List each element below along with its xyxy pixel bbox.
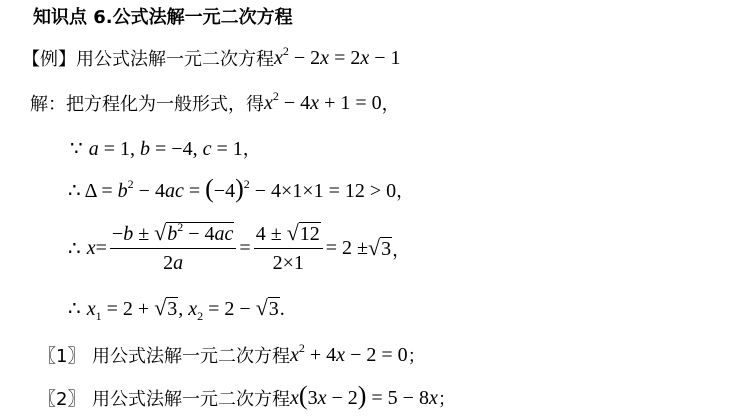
exercise-equation: x(3x − 2) = 5 − 8x	[290, 386, 438, 410]
because-symbol: ∵	[70, 138, 83, 160]
exercise-number: 〖2〗	[38, 385, 92, 411]
section-title: 知识点 6.公式法解一元二次方程	[33, 3, 293, 29]
punctuation: ，	[243, 135, 261, 161]
punctuation: ，	[392, 236, 410, 262]
solution-intro: 解：把方程化为一般形式，得	[30, 90, 264, 116]
exercise-2: 〖2〗 用公式法解一元二次方程 x(3x − 2) = 5 − 8x ；	[38, 385, 456, 411]
punctuation: ，	[382, 90, 400, 116]
example-line: 【例】用公式法解一元二次方程 x2 − 2x = 2x − 1	[22, 45, 401, 71]
example-equation: x2 − 2x = 2x − 1	[274, 47, 401, 70]
therefore-symbol: ∴	[68, 236, 81, 261]
exercise-1: 〖1〗 用公式法解一元二次方程 x2 + 4x − 2 = 0 ；	[38, 342, 426, 368]
roots: ∴x1 = 2 + √3, x2 = 2 − √3.	[68, 296, 285, 321]
therefore-symbol: ∴	[68, 180, 81, 202]
substituted-fraction: 4 ± √12 2×1	[254, 222, 323, 275]
formula-line: ∴ x = −b ± √b2 − 4ac 2a = 4 ± √12 2×1 = …	[68, 222, 410, 275]
formula-fraction: −b ± √b2 − 4ac 2a	[110, 222, 237, 275]
quadratic-formula: ∴ x = −b ± √b2 − 4ac 2a = 4 ± √12 2×1 = …	[68, 222, 392, 275]
coefficients-line: ∵a = 1, b = −4, c = 1 ，	[70, 135, 261, 161]
discriminant-line: ∴ Δ = b2 − 4ac = (−4)2 − 4×1×1 = 12 > 0 …	[68, 177, 414, 203]
general-form-equation: x2 − 4x + 1 = 0	[264, 92, 382, 115]
exercise-number: 〖1〗	[38, 342, 92, 368]
exercise-text: 用公式法解一元二次方程	[92, 385, 290, 411]
punctuation: ，	[396, 177, 414, 203]
exercise-equation: x2 + 4x − 2 = 0	[290, 344, 408, 367]
solution-intro-line: 解：把方程化为一般形式，得 x2 − 4x + 1 = 0 ，	[30, 90, 400, 116]
punctuation: ；	[408, 342, 426, 368]
example-label: 【例】用公式法解一元二次方程	[22, 45, 274, 71]
therefore-symbol: ∴	[68, 298, 81, 320]
exercise-text: 用公式法解一元二次方程	[92, 342, 290, 368]
coefficients: ∵a = 1, b = −4, c = 1	[70, 136, 243, 161]
punctuation: ；	[438, 385, 456, 411]
discriminant: ∴ Δ = b2 − 4ac = (−4)2 − 4×1×1 = 12 > 0	[68, 178, 396, 203]
roots-line: ∴x1 = 2 + √3, x2 = 2 − √3.	[68, 296, 285, 321]
